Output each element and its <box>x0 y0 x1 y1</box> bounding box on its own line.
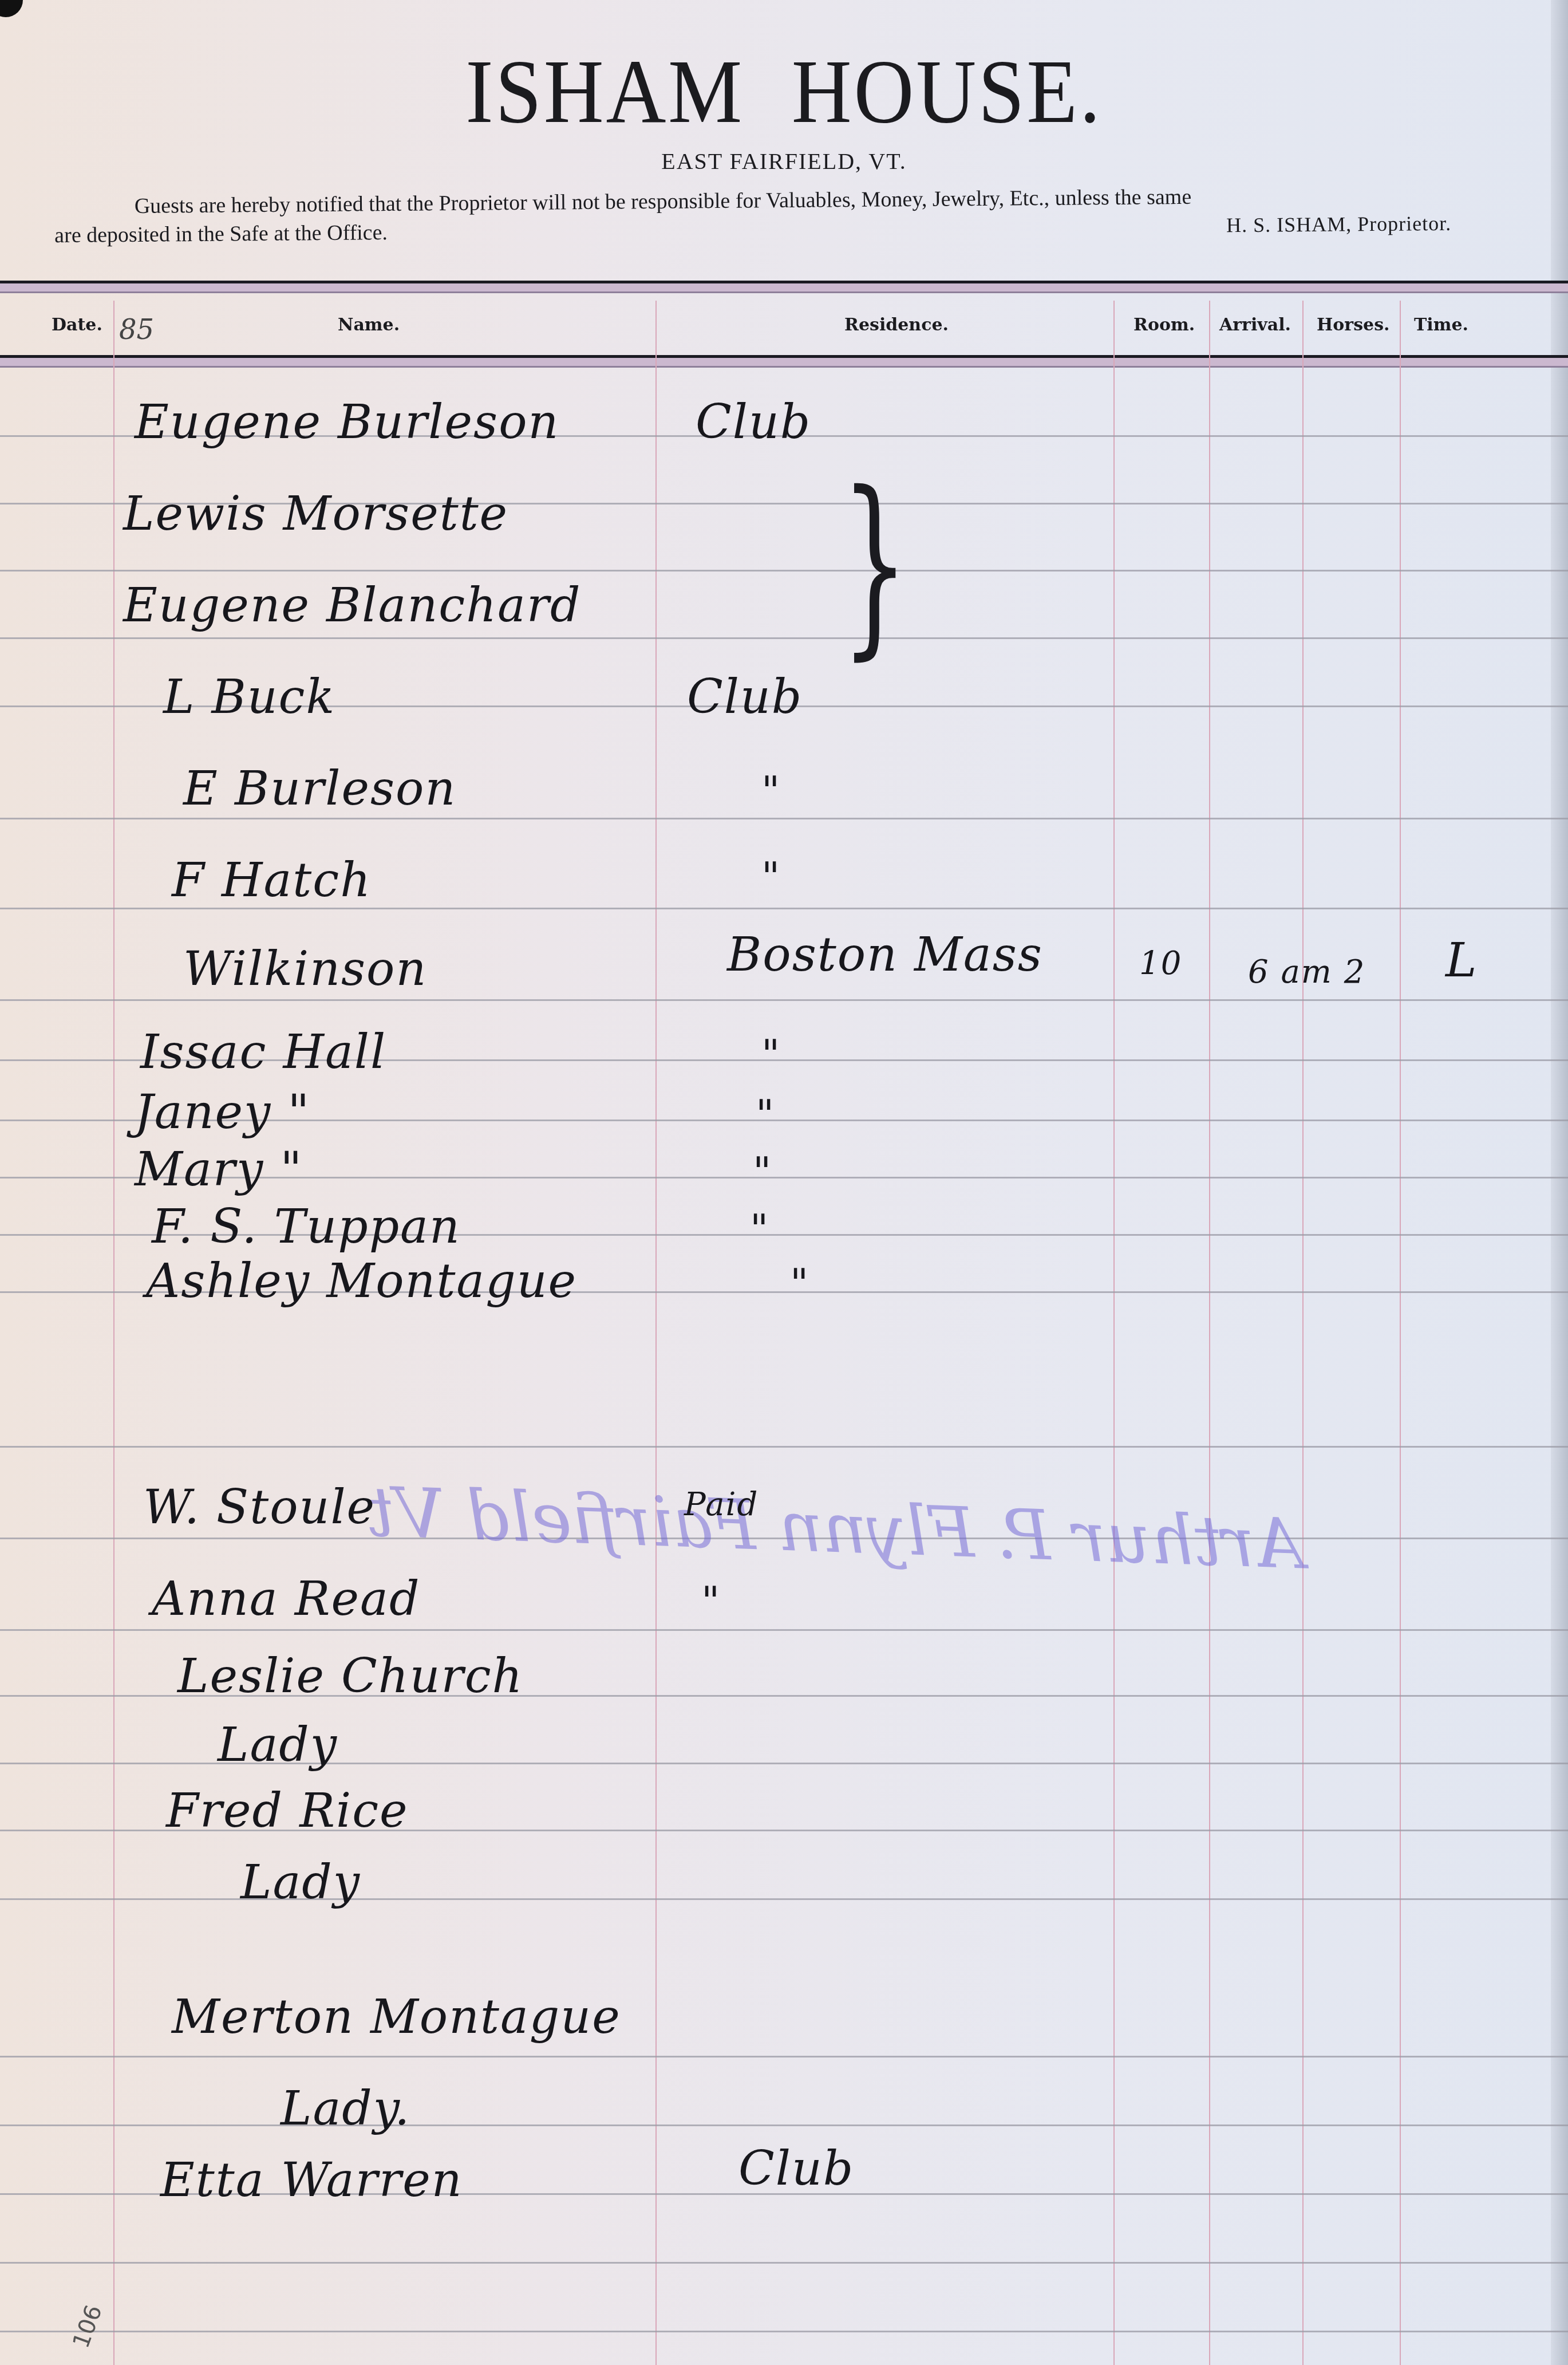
page-number: 106 <box>68 2301 108 2351</box>
guest-name: Lady. <box>281 2082 410 2136</box>
column-horses: Horses. <box>1317 315 1389 335</box>
guest-residence-ditto: " <box>761 853 781 900</box>
guest-residence-ditto: " <box>753 1148 772 1195</box>
guest-residence-ditto: " <box>790 1260 809 1307</box>
guest-residence: Boston Mass <box>727 928 1043 982</box>
notice: Guests are hereby notified that the Prop… <box>54 180 1520 250</box>
column-headers: Date. Name. Residence. Room. Arrival. Ho… <box>0 298 1568 355</box>
column-name: Name. <box>338 315 400 335</box>
ledger-line <box>0 1629 1568 1631</box>
title-word-1: ISHAM <box>465 42 744 142</box>
title-word-2: HOUSE. <box>792 42 1103 142</box>
guest-name: Fred Rice <box>166 1784 409 1838</box>
guest-name: Mary " <box>135 1142 303 1197</box>
ledger-line <box>0 818 1568 819</box>
guest-name: Wilkinson <box>183 942 427 996</box>
guest-residence-ditto: " <box>761 767 781 814</box>
ledger-line <box>0 2056 1568 2057</box>
guest-name: Lady <box>240 1855 361 1910</box>
ledger-line <box>0 570 1568 571</box>
guest-name: Eugene Blanchard <box>123 578 582 633</box>
guest-residence-ditto: " <box>761 1031 781 1078</box>
column-time: Time. <box>1414 315 1468 335</box>
column-arrival: Arrival. <box>1219 315 1291 335</box>
ink-blot <box>0 0 23 17</box>
guest-name: Ashley Montague <box>146 1254 577 1308</box>
guest-name: L Buck <box>163 670 335 724</box>
guest-arrival: 6 am 2 <box>1248 953 1365 991</box>
column-room: Room. <box>1133 315 1195 335</box>
ledger-line <box>0 2124 1568 2126</box>
bleed-through-stamp: Arthur P. Flynn Fairfield Vt <box>365 1472 1306 1584</box>
guest-name: F. S. Tuppan <box>152 1200 461 1254</box>
guest-name: Etta Warren <box>160 2153 463 2208</box>
ledger-line <box>0 908 1568 909</box>
group-brace: } <box>841 467 909 661</box>
date-year: 85 <box>119 314 154 346</box>
guest-residence: Club <box>696 395 811 450</box>
guest-name: Leslie Church <box>177 1649 523 1704</box>
guest-residence-ditto: " <box>701 1578 721 1625</box>
guest-name: Merton Montague <box>172 1990 621 2044</box>
guest-name: E Burleson <box>183 762 456 816</box>
guest-time: L <box>1445 933 1478 988</box>
column-date: Date. <box>52 315 102 335</box>
ledger-line <box>0 637 1568 639</box>
notice-line-2-text: are deposited in the Safe at the Office. <box>54 218 388 250</box>
ledger-line <box>0 2262 1568 2264</box>
ledger-line <box>0 2331 1568 2332</box>
guest-room: 10 <box>1139 945 1182 982</box>
guest-name: Lewis Morsette <box>123 487 508 541</box>
ledger-line <box>0 1898 1568 1900</box>
guest-residence-ditto: " <box>750 1205 769 1252</box>
guest-residence: Club <box>738 2142 854 2196</box>
location: EAST FAIRFIELD, VT. <box>0 148 1568 175</box>
guest-name: Eugene Burleson <box>135 395 559 450</box>
guest-residence-ditto: " <box>756 1091 775 1138</box>
guest-name: W. Stoule <box>143 1480 376 1535</box>
guest-residence: Club <box>687 670 803 724</box>
guest-name: F Hatch <box>172 853 372 908</box>
guest-name: Janey " <box>135 1085 310 1140</box>
page-title: ISHAMHOUSE. <box>63 40 1506 144</box>
guest-name: Lady <box>218 1718 338 1772</box>
ledger-line <box>0 999 1568 1001</box>
ledger-line <box>0 1446 1568 1448</box>
guest-name: Anna Read <box>152 1572 420 1626</box>
proprietor-signature: H. S. ISHAM, Proprietor. <box>1226 209 1451 239</box>
column-residence: Residence. <box>844 315 949 335</box>
guest-residence: Paid <box>684 1486 759 1523</box>
header-rule-top <box>0 281 1568 293</box>
guest-name: Issac Hall <box>140 1025 386 1079</box>
header-rule-bottom <box>0 355 1568 368</box>
